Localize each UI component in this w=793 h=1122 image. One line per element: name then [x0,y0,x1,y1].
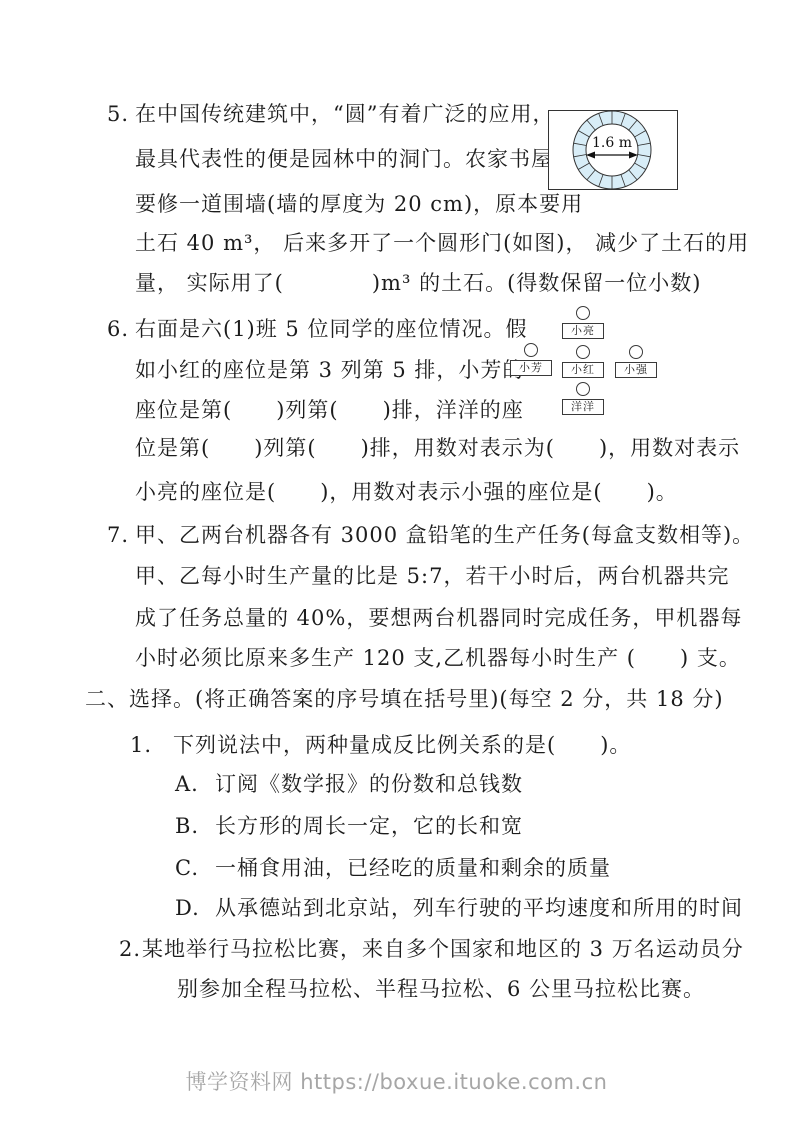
q5-line-2: 最具代表性的便是园林中的洞门。农家书屋 [135,147,553,171]
seat-name-box: 小红 [562,362,604,378]
student-head-icon [576,306,590,320]
choice-q1-option-d: D.从承德站到北京站，列车行驶的平均速度和所用的时间 [175,896,743,920]
option-a-text: 订阅《数学报》的份数和总钱数 [215,772,523,796]
q7-line-1: 7.甲、乙两台机器各有 3000 盒铅笔的生产任务(每盒支数相等)。 [107,523,754,547]
seat-name-box: 洋洋 [562,399,604,415]
choice-q2-line-2: 别参加全程马拉松、半程马拉松、6 公里马拉松比赛。 [177,977,705,1001]
q5-line-5: 量， 实际用了( )m³ 的土石。(得数保留一位小数) [135,271,701,295]
choice-q2-number: 2. [119,937,142,961]
student-head-icon [576,345,590,359]
q6-line-3: 座位是第( )列第( )排，洋洋的座 [135,398,524,422]
q7-line-3: 成了任务总量的 40%，要想两台机器同时完成任务，甲机器每 [135,606,742,630]
choice-q1-option-c: C.一桶食用油，已经吃的质量和剩余的质量 [175,856,611,880]
q6-line-5: 小亮的座位是( )，用数对表示小强的座位是( )。 [135,480,678,504]
choice-q1-stem: 1.下列说法中，两种量成反比例关系的是( )。 [130,733,631,757]
choice-q2-text-1: 某地举行马拉松比赛，来自多个国家和地区的 3 万名运动员分 [142,937,744,961]
q6-line-1: 6.右面是六(1)班 5 位同学的座位情况。假 [107,317,527,341]
q5-line-3: 要修一道围墙(墙的厚度为 20 cm)，原本要用 [135,192,583,216]
site-watermark: 博学资料网 https://boxue.ituoke.com.cn [0,1066,793,1096]
choice-q1-option-a: A.订阅《数学报》的份数和总钱数 [175,772,523,796]
option-a-label: A. [175,772,215,796]
option-c-label: C. [175,856,215,880]
choice-q1-option-b: B.长方形的周长一定，它的长和宽 [175,814,523,838]
student-head-icon [629,345,643,359]
option-b-label: B. [175,814,215,838]
door-diameter-label: 1.6 m [592,135,632,151]
q6-number: 6. [107,317,135,341]
student-head-icon [576,382,590,396]
q6-line-4: 位是第( )列第( )排，用数对表示为( )，用数对表示 [135,436,740,460]
q6-text-1: 右面是六(1)班 5 位同学的座位情况。假 [135,317,527,341]
seating-diagram: 小亮 小芳 小红 小强 洋洋 [500,300,680,425]
student-head-icon [524,343,538,357]
q6-line-2: 如小红的座位是第 3 列第 5 排，小芳的 [135,358,524,382]
exam-page: 5.在中国传统建筑中，“圆”有着广泛的应用， 最具代表性的便是园林中的洞门。农家… [0,0,793,1122]
q7-text-1: 甲、乙两台机器各有 3000 盒铅笔的生产任务(每盒支数相等)。 [135,523,754,547]
q5-text-1: 在中国传统建筑中，“圆”有着广泛的应用， [135,102,554,126]
seat-name-box: 小强 [615,362,657,378]
q5-line-4: 土石 40 m³， 后来多开了一个圆形门(如图)， 减少了土石的用 [135,231,749,255]
choice-q2-line-1: 2.某地举行马拉松比赛，来自多个国家和地区的 3 万名运动员分 [119,937,744,961]
option-c-text: 一桶食用油，已经吃的质量和剩余的质量 [215,856,611,880]
q5-number: 5. [107,102,135,126]
q7-line-2: 甲、乙每小时生产量的比是 5:7，若干小时后，两台机器共完 [135,564,729,588]
seat-xiaofang: 小芳 [510,343,552,376]
option-d-label: D. [175,896,215,920]
option-b-text: 长方形的周长一定，它的长和宽 [215,814,523,838]
seat-xiaoqiang: 小强 [615,345,657,378]
seat-name-box: 小亮 [562,323,604,339]
q7-number: 7. [107,523,135,547]
seat-xiaoliang: 小亮 [562,306,604,339]
choice-q1-text: 下列说法中，两种量成反比例关系的是( )。 [173,733,631,757]
circular-door-figure: 1.6 m [548,110,678,190]
q7-line-4: 小时必须比原来多生产 120 支,乙机器每小时生产 ( ) 支。 [135,646,741,670]
option-d-text: 从承德站到北京站，列车行驶的平均速度和所用的时间 [215,896,743,920]
q5-line-1: 5.在中国传统建筑中，“圆”有着广泛的应用， [107,102,554,126]
seat-xiaohong: 小红 [562,345,604,378]
choice-section-heading: 二、选择。(将正确答案的序号填在括号里)(每空 2 分，共 18 分) [85,687,724,711]
choice-q1-number: 1. [130,733,173,757]
seat-name-box: 小芳 [510,360,552,376]
seat-yangyang: 洋洋 [562,382,604,415]
